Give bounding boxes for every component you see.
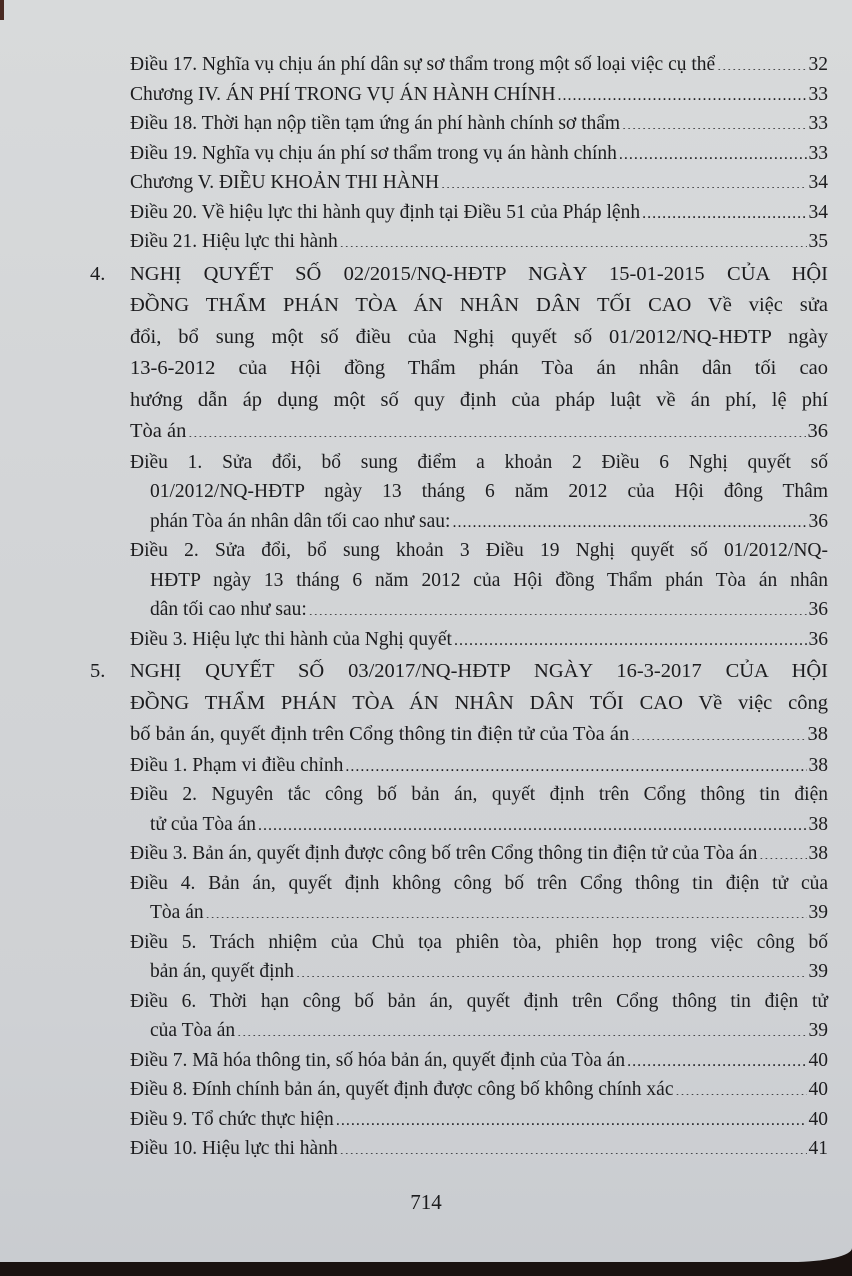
toc-entry-page: 38 xyxy=(808,719,829,751)
leader-dots xyxy=(619,139,807,159)
toc-entry-page: 36 xyxy=(809,625,829,655)
toc-entry-line: Điều 4. Bản án, quyết định không công bố… xyxy=(130,869,828,899)
leader-dots xyxy=(759,840,806,860)
toc-entry-title: Điều 3. Hiệu lực thi hành của Nghị quyết xyxy=(130,625,452,655)
section-title-line: 13-6-2012 của Hội đồng Thẩm phán Tòa án … xyxy=(130,353,828,385)
toc-entry: Chương IV. ÁN PHÍ TRONG VỤ ÁN HÀNH CHÍNH… xyxy=(84,80,828,110)
toc-entry-page: 33 xyxy=(809,109,829,139)
leader-dots xyxy=(237,1017,806,1037)
section-title-line: đổi, bổ sung một số điều của Nghị quyết … xyxy=(130,322,828,354)
toc-entry-line: Điều 6. Thời hạn công bố bản án, quyết đ… xyxy=(130,987,828,1017)
toc-entry-page: 38 xyxy=(809,810,829,840)
toc-entry: Điều 7. Mã hóa thông tin, số hóa bản án,… xyxy=(84,1046,828,1076)
leader-dots xyxy=(622,110,806,130)
section-title-line: hướng dẫn áp dụng một số quy định của ph… xyxy=(130,385,828,417)
toc-entry-page: 36 xyxy=(808,416,829,448)
toc-entry-line: Điều 1. Sửa đổi, bổ sung điểm a khoản 2 … xyxy=(130,448,828,478)
toc-entry-page: 38 xyxy=(809,751,829,781)
toc-entry-title: Điều 20. Về hiệu lực thi hành quy định t… xyxy=(130,198,640,228)
section-title-line: ĐỒNG THẨM PHÁN TÒA ÁN NHÂN DÂN TỐI CAO V… xyxy=(130,290,828,322)
section-title-line: bố bản án, quyết định trên Cổng thông ti… xyxy=(130,719,629,751)
toc-entry-line: bản án, quyết định xyxy=(150,957,294,987)
toc-entry: Điều 18. Thời hạn nộp tiền tạm ứng án ph… xyxy=(84,109,828,139)
toc-entry: Điều 8. Đính chính bản án, quyết định đư… xyxy=(84,1075,828,1105)
toc-entry: Điều 6. Thời hạn công bố bản án, quyết đ… xyxy=(84,987,828,1046)
toc-entry-page: 34 xyxy=(809,168,829,198)
toc-entry-line: 01/2012/NQ-HĐTP ngày 13 tháng 6 năm 2012… xyxy=(150,477,828,507)
toc-entry-line: Điều 5. Trách nhiệm của Chủ tọa phiên tò… xyxy=(130,928,828,958)
toc-entry: Điều 2. Nguyên tắc công bố bản án, quyết… xyxy=(84,780,828,839)
leader-dots xyxy=(675,1076,806,1096)
toc-entry-title: Điều 17. Nghĩa vụ chịu án phí dân sự sơ … xyxy=(130,50,715,80)
toc-entry-title: Điều 10. Hiệu lực thi hành xyxy=(130,1134,338,1164)
toc-entry-line: HĐTP ngày 13 tháng 6 năm 2012 của Hội đồ… xyxy=(150,566,828,596)
toc-entry-page: 40 xyxy=(809,1105,829,1135)
leader-dots xyxy=(642,198,806,218)
leader-dots xyxy=(206,899,807,919)
toc-entry-title: Điều 3. Bản án, quyết định được công bố … xyxy=(130,839,757,869)
toc-entry-page: 33 xyxy=(809,139,829,169)
leader-dots xyxy=(340,228,807,248)
toc-entry-line: tử của Tòa án xyxy=(150,810,256,840)
book-edge-shadow xyxy=(0,0,4,20)
leader-dots xyxy=(558,80,807,100)
toc-entry-title: Điều 8. Đính chính bản án, quyết định đư… xyxy=(130,1075,673,1105)
toc-entry-page: 39 xyxy=(809,898,829,928)
toc-entry-line: phán Tòa án nhân dân tối cao như sau: xyxy=(150,507,450,537)
leader-dots xyxy=(441,169,806,189)
toc-entry-page: 32 xyxy=(809,50,829,80)
toc-entry-page: 36 xyxy=(809,507,829,537)
toc-section-4: 4. NGHỊ QUYẾT SỐ 02/2015/NQ-HĐTP NGÀY 15… xyxy=(84,259,828,448)
leader-dots xyxy=(258,810,806,830)
toc-entry-page: 41 xyxy=(809,1134,829,1164)
leader-dots xyxy=(454,625,807,645)
toc-section-5: 5. NGHỊ QUYẾT SỐ 03/2017/NQ-HĐTP NGÀY 16… xyxy=(84,656,828,751)
leader-dots xyxy=(452,507,806,527)
toc-entry-page: 40 xyxy=(809,1075,829,1105)
toc-entry-title: Điều 1. Phạm vi điều chỉnh xyxy=(130,751,343,781)
section-title-line: NGHỊ QUYẾT SỐ 03/2017/NQ-HĐTP NGÀY 16-3-… xyxy=(130,656,828,688)
toc-entry-title: Điều 21. Hiệu lực thi hành xyxy=(130,227,338,257)
toc-entry: Điều 1. Phạm vi điều chỉnh38 xyxy=(84,751,828,781)
toc-entry: Điều 19. Nghĩa vụ chịu án phí sơ thẩm tr… xyxy=(84,139,828,169)
leader-dots xyxy=(188,417,805,438)
leader-dots xyxy=(340,1135,807,1155)
toc-entry: Điều 4. Bản án, quyết định không công bố… xyxy=(84,869,828,928)
leader-dots xyxy=(631,720,805,741)
section-title-line: Tòa án xyxy=(130,416,186,448)
toc-entry-title: Điều 7. Mã hóa thông tin, số hóa bản án,… xyxy=(130,1046,625,1076)
leader-dots xyxy=(345,751,806,771)
toc-entry: Điều 1. Sửa đổi, bổ sung điểm a khoản 2 … xyxy=(84,448,828,537)
toc-entry-title: Điều 19. Nghĩa vụ chịu án phí sơ thẩm tr… xyxy=(130,139,617,169)
toc-entry-title: Điều 9. Tổ chức thực hiện xyxy=(130,1105,334,1135)
toc-entry: Điều 3. Hiệu lực thi hành của Nghị quyết… xyxy=(84,625,828,655)
book-page: Điều 17. Nghĩa vụ chịu án phí dân sự sơ … xyxy=(0,0,852,1262)
toc-entry-title: Điều 18. Thời hạn nộp tiền tạm ứng án ph… xyxy=(130,109,620,139)
toc-entry-page: 39 xyxy=(809,1016,829,1046)
section-number: 5. xyxy=(90,656,105,688)
toc-entry: Điều 9. Tổ chức thực hiện40 xyxy=(84,1105,828,1135)
leader-dots xyxy=(336,1105,807,1125)
toc-entry-page: 35 xyxy=(809,227,829,257)
leader-dots xyxy=(717,51,806,71)
leader-dots xyxy=(309,596,807,616)
toc-entry: Điều 5. Trách nhiệm của Chủ tọa phiên tò… xyxy=(84,928,828,987)
toc-entry-page: 34 xyxy=(809,198,829,228)
toc-entry-page: 33 xyxy=(809,80,829,110)
toc-entry: Chương V. ĐIỀU KHOẢN THI HÀNH34 xyxy=(84,168,828,198)
toc-entry: Điều 17. Nghĩa vụ chịu án phí dân sự sơ … xyxy=(84,50,828,80)
toc-entry-page: 39 xyxy=(809,957,829,987)
page-number: 714 xyxy=(0,1190,852,1215)
toc-entry-line: Điều 2. Sửa đổi, bổ sung khoản 3 Điều 19… xyxy=(130,536,828,566)
toc-entry-title: Chương V. ĐIỀU KHOẢN THI HÀNH xyxy=(130,168,439,198)
toc-entry: Điều 3. Bản án, quyết định được công bố … xyxy=(84,839,828,869)
toc-entry-page: 36 xyxy=(809,595,829,625)
toc-entry-line: của Tòa án xyxy=(150,1016,235,1046)
leader-dots xyxy=(627,1046,806,1066)
toc-entry-page: 38 xyxy=(809,839,829,869)
toc-entry-title: Chương IV. ÁN PHÍ TRONG VỤ ÁN HÀNH CHÍNH xyxy=(130,80,556,110)
toc-entry: Điều 10. Hiệu lực thi hành41 xyxy=(84,1134,828,1164)
toc-entry-line: Điều 2. Nguyên tắc công bố bản án, quyết… xyxy=(130,780,828,810)
toc-entry: Điều 21. Hiệu lực thi hành35 xyxy=(84,227,828,257)
toc-entry-page: 40 xyxy=(809,1046,829,1076)
section-number: 4. xyxy=(90,259,105,291)
section-title-line: NGHỊ QUYẾT SỐ 02/2015/NQ-HĐTP NGÀY 15-01… xyxy=(130,259,828,291)
toc-entry: Điều 20. Về hiệu lực thi hành quy định t… xyxy=(84,198,828,228)
toc-entry-line: dân tối cao như sau: xyxy=(150,595,307,625)
toc-entry: Điều 2. Sửa đổi, bổ sung khoản 3 Điều 19… xyxy=(84,536,828,625)
leader-dots xyxy=(296,958,806,978)
table-of-contents: Điều 17. Nghĩa vụ chịu án phí dân sự sơ … xyxy=(84,50,828,1164)
section-title-line: ĐỒNG THẨM PHÁN TÒA ÁN NHÂN DÂN TỐI CAO V… xyxy=(130,688,828,720)
toc-entry-line: Tòa án xyxy=(150,898,204,928)
